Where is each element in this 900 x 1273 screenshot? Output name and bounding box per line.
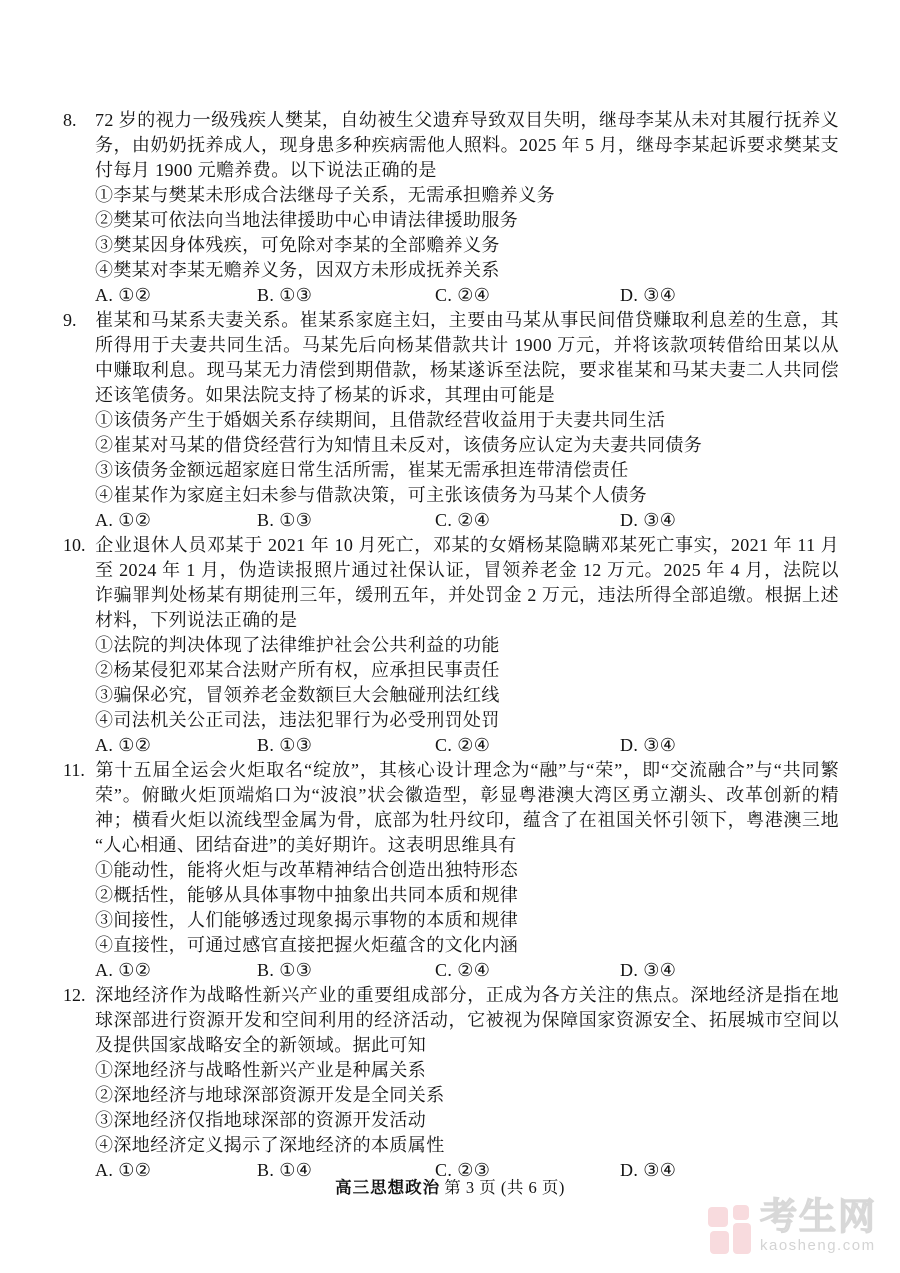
kaosheng-logo-icon	[708, 1203, 756, 1261]
question-10-statement-1: ①法院的判决体现了法律维护社会公共利益的功能	[63, 633, 839, 658]
question-9-statement-2: ②崔某对马某的借贷经营行为知情且未反对，该债务应认定为夫妻共同债务	[63, 433, 839, 458]
question-11-option-d: D. ③④	[620, 958, 839, 983]
question-8-statement-4: ④樊某对李某无赡养义务，因双方未形成抚养关系	[63, 258, 839, 283]
question-11-statement-3: ③间接性，人们能够透过现象揭示事物的本质和规律	[63, 908, 839, 933]
question-12-statement-1: ①深地经济与战略性新兴产业是种属关系	[63, 1058, 839, 1083]
question-10-option-b: B. ①③	[257, 733, 435, 758]
question-9-option-a: A. ①②	[95, 508, 257, 533]
question-8-stem-text: 72 岁的视力一级残疾人樊某，自幼被生父遗弃导致双目失明，继母李某从未对其履行抚…	[95, 110, 839, 180]
question-9-options: A. ①② B. ①③ C. ②④ D. ③④	[63, 508, 839, 533]
footer-course-title: 高三思想政治	[335, 1178, 440, 1197]
question-8: 8.72 岁的视力一级残疾人樊某，自幼被生父遗弃导致双目失明，继母李某从未对其履…	[63, 108, 839, 308]
question-8-option-c: C. ②④	[435, 283, 620, 308]
question-12: 12.深地经济作为战略性新兴产业的重要组成部分，正成为各方关注的焦点。深地经济是…	[63, 983, 839, 1183]
kaosheng-watermark: 考生网 kaosheng.com	[702, 1197, 892, 1267]
question-12-statement-2: ②深地经济与地球深部资源开发是全同关系	[63, 1083, 839, 1108]
question-8-statement-2: ②樊某可依法向当地法律援助中心申请法律援助服务	[63, 208, 839, 233]
question-10: 10.企业退休人员邓某于 2021 年 10 月死亡，邓某的女婿杨某隐瞒邓某死亡…	[63, 533, 839, 758]
question-11-option-a: A. ①②	[95, 958, 257, 983]
question-9-statement-4: ④崔某作为家庭主妇未参与借款决策，可主张该债务为马某个人债务	[63, 483, 839, 508]
question-12-stem: 12.深地经济作为战略性新兴产业的重要组成部分，正成为各方关注的焦点。深地经济是…	[63, 983, 839, 1058]
question-9-option-b: B. ①③	[257, 508, 435, 533]
question-9-option-d: D. ③④	[620, 508, 839, 533]
question-10-options: A. ①② B. ①③ C. ②④ D. ③④	[63, 733, 839, 758]
question-11-option-b: B. ①③	[257, 958, 435, 983]
question-10-number: 10.	[63, 533, 95, 558]
question-8-option-b: B. ①③	[257, 283, 435, 308]
exam-page: 8.72 岁的视力一级残疾人樊某，自幼被生父遗弃导致双目失明，继母李某从未对其履…	[0, 0, 900, 1273]
question-10-stem-text: 企业退休人员邓某于 2021 年 10 月死亡，邓某的女婿杨某隐瞒邓某死亡事实，…	[95, 535, 839, 630]
question-9-stem: 9.崔某和马某系夫妻关系。崔某系家庭主妇，主要由马某从事民间借贷赚取利息差的生意…	[63, 308, 839, 408]
question-12-stem-text: 深地经济作为战略性新兴产业的重要组成部分，正成为各方关注的焦点。深地经济是指在地…	[95, 985, 839, 1055]
question-11-statement-1: ①能动性，能将火炬与改革精神结合创造出独特形态	[63, 858, 839, 883]
question-9-statement-3: ③该债务金额远超家庭日常生活所需，崔某无需承担连带清偿责任	[63, 458, 839, 483]
question-8-option-a: A. ①②	[95, 283, 257, 308]
question-9-option-c: C. ②④	[435, 508, 620, 533]
question-8-statement-3: ③樊某因身体残疾，可免除对李某的全部赡养义务	[63, 233, 839, 258]
question-11-option-c: C. ②④	[435, 958, 620, 983]
question-8-statement-1: ①李某与樊某未形成合法继母子关系，无需承担赡养义务	[63, 183, 839, 208]
question-11-options: A. ①② B. ①③ C. ②④ D. ③④	[63, 958, 839, 983]
question-12-statement-3: ③深地经济仅指地球深部的资源开发活动	[63, 1108, 839, 1133]
question-8-stem: 8.72 岁的视力一级残疾人樊某，自幼被生父遗弃导致双目失明，继母李某从未对其履…	[63, 108, 839, 183]
question-10-option-c: C. ②④	[435, 733, 620, 758]
logo-block-icon	[733, 1205, 749, 1220]
watermark-brand-name: 考生网	[760, 1197, 890, 1237]
question-9-statement-1: ①该债务产生于婚姻关系存续期间，且借款经营收益用于夫妻共同生活	[63, 408, 839, 433]
logo-block-icon	[733, 1223, 751, 1254]
footer-page-number: 第 3 页 (共 6 页)	[444, 1178, 565, 1197]
question-12-number: 12.	[63, 983, 95, 1008]
question-area: 8.72 岁的视力一级残疾人樊某，自幼被生父遗弃导致双目失明，继母李某从未对其履…	[63, 108, 839, 1183]
question-9: 9.崔某和马某系夫妻关系。崔某系家庭主妇，主要由马某从事民间借贷赚取利息差的生意…	[63, 308, 839, 533]
question-10-statement-3: ③骗保必究，冒领养老金数额巨大会触碰刑法红线	[63, 683, 839, 708]
question-11-statement-2: ②概括性，能够从具体事物中抽象出共同本质和规律	[63, 883, 839, 908]
question-8-options: A. ①② B. ①③ C. ②④ D. ③④	[63, 283, 839, 308]
question-11-stem-text: 第十五届全运会火炬取名“绽放”，其核心设计理念为“融”与“荣”，即“交流融合”与…	[95, 760, 839, 855]
question-11-stem: 11.第十五届全运会火炬取名“绽放”，其核心设计理念为“融”与“荣”，即“交流融…	[63, 758, 839, 858]
question-11-number: 11.	[63, 758, 95, 783]
question-9-number: 9.	[63, 308, 95, 333]
question-11: 11.第十五届全运会火炬取名“绽放”，其核心设计理念为“融”与“荣”，即“交流融…	[63, 758, 839, 983]
question-10-option-d: D. ③④	[620, 733, 839, 758]
question-10-stem: 10.企业退休人员邓某于 2021 年 10 月死亡，邓某的女婿杨某隐瞒邓某死亡…	[63, 533, 839, 633]
question-8-option-d: D. ③④	[620, 283, 839, 308]
logo-block-icon	[708, 1207, 728, 1227]
question-10-option-a: A. ①②	[95, 733, 257, 758]
kaosheng-logo-text: 考生网 kaosheng.com	[760, 1197, 890, 1255]
question-12-statement-4: ④深地经济定义揭示了深地经济的本质属性	[63, 1133, 839, 1158]
question-8-number: 8.	[63, 108, 95, 133]
question-10-statement-4: ④司法机关公正司法，违法犯罪行为必受刑罚处罚	[63, 708, 839, 733]
watermark-domain: kaosheng.com	[760, 1237, 890, 1255]
question-10-statement-2: ②杨某侵犯邓某合法财产所有权，应承担民事责任	[63, 658, 839, 683]
question-11-statement-4: ④直接性，可通过感官直接把握火炬蕴含的文化内涵	[63, 933, 839, 958]
question-9-stem-text: 崔某和马某系夫妻关系。崔某系家庭主妇，主要由马某从事民间借贷赚取利息差的生意，其…	[95, 310, 839, 405]
logo-block-icon	[710, 1231, 729, 1254]
